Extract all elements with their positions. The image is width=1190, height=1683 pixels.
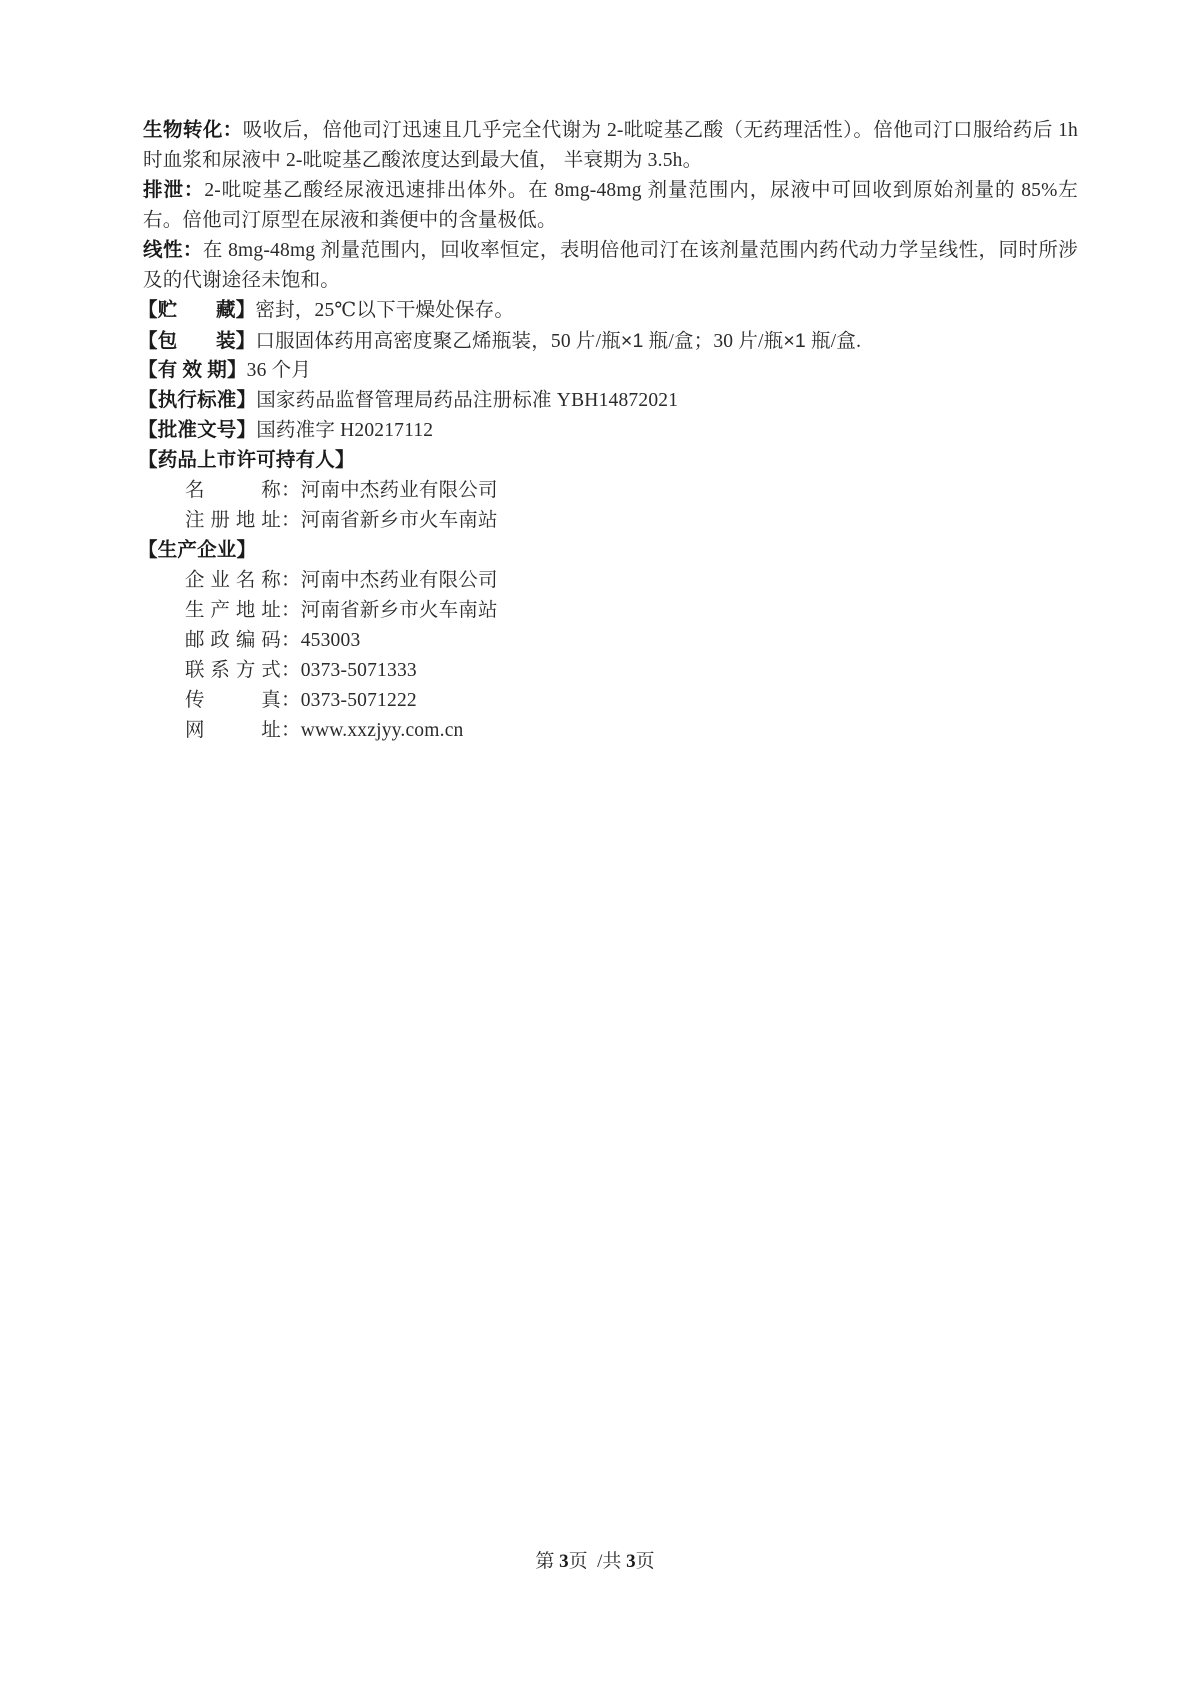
colon: ： (281, 690, 301, 711)
storage-label: 【贮 藏】 (138, 300, 255, 321)
bracket-open: 【 (138, 390, 158, 411)
manufacturer-phone-label: 联系方式 (185, 656, 281, 686)
packaging-label-b: 装 (216, 331, 236, 352)
manufacturer-name-label: 企业名称 (185, 566, 281, 596)
excretion-paragraph: 排泄：2-吡啶基乙酸经尿液迅速排出体外。在 8mg-48mg 剂量范围内，尿液中… (143, 176, 1078, 236)
bracket-close: 】 (236, 331, 256, 352)
packaging-field: 【包 装】口服固体药用高密度聚乙烯瓶装，50 片/瓶×1 瓶/盒；30 片/瓶×… (143, 326, 1078, 356)
manufacturer-name-value: 河南中杰药业有限公司 (301, 570, 498, 591)
excretion-text: 2-吡啶基乙酸经尿液迅速排出体外。在 8mg-48mg 剂量范围内，尿液中可回收… (143, 180, 1078, 231)
manufacturer-postcode-value: 453003 (301, 630, 361, 651)
validity-field: 【有 效 期】36 个月 (143, 356, 1078, 386)
document-page: 生物转化：吸收后，倍他司汀迅速且几乎完全代谢为 2-吡啶基乙酸（无药理活性）。倍… (143, 116, 1078, 746)
storage-label-a: 贮 (158, 300, 194, 321)
storage-field: 【贮 藏】密封，25℃以下干燥处保存。 (143, 296, 1078, 326)
footer-page-word: 页 (569, 1551, 588, 1572)
validity-label-text: 有 效 期 (158, 360, 227, 381)
footer-separator: /共 (588, 1551, 627, 1572)
standard-field: 【执行标准】国家药品监督管理局药品注册标准 YBH14872021 (143, 386, 1078, 416)
storage-value: 密封，25℃以下干燥处保存。 (255, 300, 514, 321)
mah-name-label: 名称 (185, 476, 281, 506)
footer-page-word-2: 页 (636, 1551, 655, 1572)
colon: ： (281, 720, 301, 741)
mah-name-row: 名称：河南中杰药业有限公司 (143, 476, 1078, 506)
colon: ： (281, 660, 301, 681)
standard-label: 【执行标准】 (138, 390, 256, 411)
colon: ： (281, 630, 301, 651)
bracket-close: 】 (335, 450, 355, 471)
colon: ： (281, 510, 301, 531)
manufacturer-fax-label: 传真 (185, 686, 281, 716)
biotransformation-label: 生物转化： (143, 120, 243, 141)
manufacturer-address-label: 生产地址 (185, 596, 281, 626)
bracket-open: 【 (138, 540, 158, 561)
manufacturer-website-value: www.xxzjyy.com.cn (301, 720, 464, 741)
manufacturer-website-label: 网址 (185, 716, 281, 746)
mah-heading: 【药品上市许可持有人】 (143, 446, 1078, 476)
colon: ： (281, 480, 301, 501)
bracket-open: 【 (138, 300, 158, 321)
manufacturer-website-row: 网址：www.xxzjyy.com.cn (143, 716, 1078, 746)
biotransformation-paragraph: 生物转化：吸收后，倍他司汀迅速且几乎完全代谢为 2-吡啶基乙酸（无药理活性）。倍… (143, 116, 1078, 176)
manufacturer-postcode-label: 邮政编码 (185, 626, 281, 656)
bracket-close: 】 (237, 540, 257, 561)
packaging-times-1: ×1 (621, 330, 644, 352)
manufacturer-address-value: 河南省新乡市火车南站 (301, 600, 498, 621)
standard-value: 国家药品监督管理局药品注册标准 YBH14872021 (256, 390, 678, 411)
manufacturer-heading-text: 【生产企业】 (138, 540, 256, 561)
bracket-open: 【 (138, 331, 158, 352)
current-page-number: 3 (559, 1551, 569, 1572)
packaging-value-2: 瓶/盒；30 片/瓶 (644, 331, 784, 352)
packaging-value-1: 口服固体药用高密度聚乙烯瓶装，50 片/瓶 (255, 331, 621, 352)
standard-label-text: 执行标准 (158, 390, 237, 411)
approval-value: 国药准字 H20217112 (256, 420, 433, 441)
colon: ： (281, 600, 301, 621)
validity-label: 【有 效 期】 (138, 360, 247, 381)
bracket-open: 【 (138, 450, 158, 471)
manufacturer-phone-row: 联系方式：0373-5071333 (143, 656, 1078, 686)
bracket-close: 】 (227, 360, 247, 381)
manufacturer-address-row: 生产地址：河南省新乡市火车南站 (143, 596, 1078, 626)
mah-heading-label: 药品上市许可持有人 (158, 450, 335, 471)
manufacturer-heading: 【生产企业】 (143, 536, 1078, 566)
packaging-label-a: 包 (158, 331, 194, 352)
colon: ： (281, 570, 301, 591)
mah-address-label: 注册地址 (185, 506, 281, 536)
validity-value: 36 个月 (247, 360, 311, 381)
storage-label-text: 贮 藏 (158, 296, 236, 326)
linearity-paragraph: 线性：在 8mg-48mg 剂量范围内，回收率恒定，表明倍他司汀在该剂量范围内药… (143, 236, 1078, 296)
manufacturer-postcode-row: 邮政编码：453003 (143, 626, 1078, 656)
mah-address-row: 注册地址：河南省新乡市火车南站 (143, 506, 1078, 536)
approval-label-text: 批准文号 (158, 420, 237, 441)
mah-name-value: 河南中杰药业有限公司 (301, 480, 498, 501)
page-footer: 第 3页 /共 3页 (0, 1546, 1190, 1573)
bracket-open: 【 (138, 360, 158, 381)
linearity-label: 线性： (143, 240, 203, 261)
footer-prefix: 第 (535, 1551, 559, 1572)
manufacturer-phone-value: 0373-5071333 (301, 660, 417, 681)
packaging-times-2: ×1 (783, 330, 806, 352)
storage-label-b: 藏 (216, 300, 236, 321)
manufacturer-heading-label: 生产企业 (158, 540, 237, 561)
packaging-value-3: 瓶/盒. (806, 331, 861, 352)
linearity-text: 在 8mg-48mg 剂量范围内，回收率恒定，表明倍他司汀在该剂量范围内药代动力… (143, 240, 1078, 291)
biotransformation-text: 吸收后，倍他司汀迅速且几乎完全代谢为 2-吡啶基乙酸（无药理活性）。倍他司汀口服… (143, 120, 1078, 171)
packaging-label: 【包 装】 (138, 331, 255, 352)
approval-label: 【批准文号】 (138, 420, 256, 441)
bracket-open: 【 (138, 420, 158, 441)
manufacturer-fax-value: 0373-5071222 (301, 690, 417, 711)
packaging-label-text: 包 装 (158, 327, 236, 357)
approval-field: 【批准文号】国药准字 H20217112 (143, 416, 1078, 446)
bracket-close: 】 (236, 300, 256, 321)
total-page-number: 3 (626, 1551, 636, 1572)
excretion-label: 排泄： (143, 180, 204, 201)
manufacturer-fax-row: 传真：0373-5071222 (143, 686, 1078, 716)
bracket-close: 】 (237, 420, 257, 441)
bracket-close: 】 (237, 390, 257, 411)
mah-address-value: 河南省新乡市火车南站 (301, 510, 498, 531)
manufacturer-name-row: 企业名称：河南中杰药业有限公司 (143, 566, 1078, 596)
mah-heading-text: 【药品上市许可持有人】 (138, 450, 355, 471)
